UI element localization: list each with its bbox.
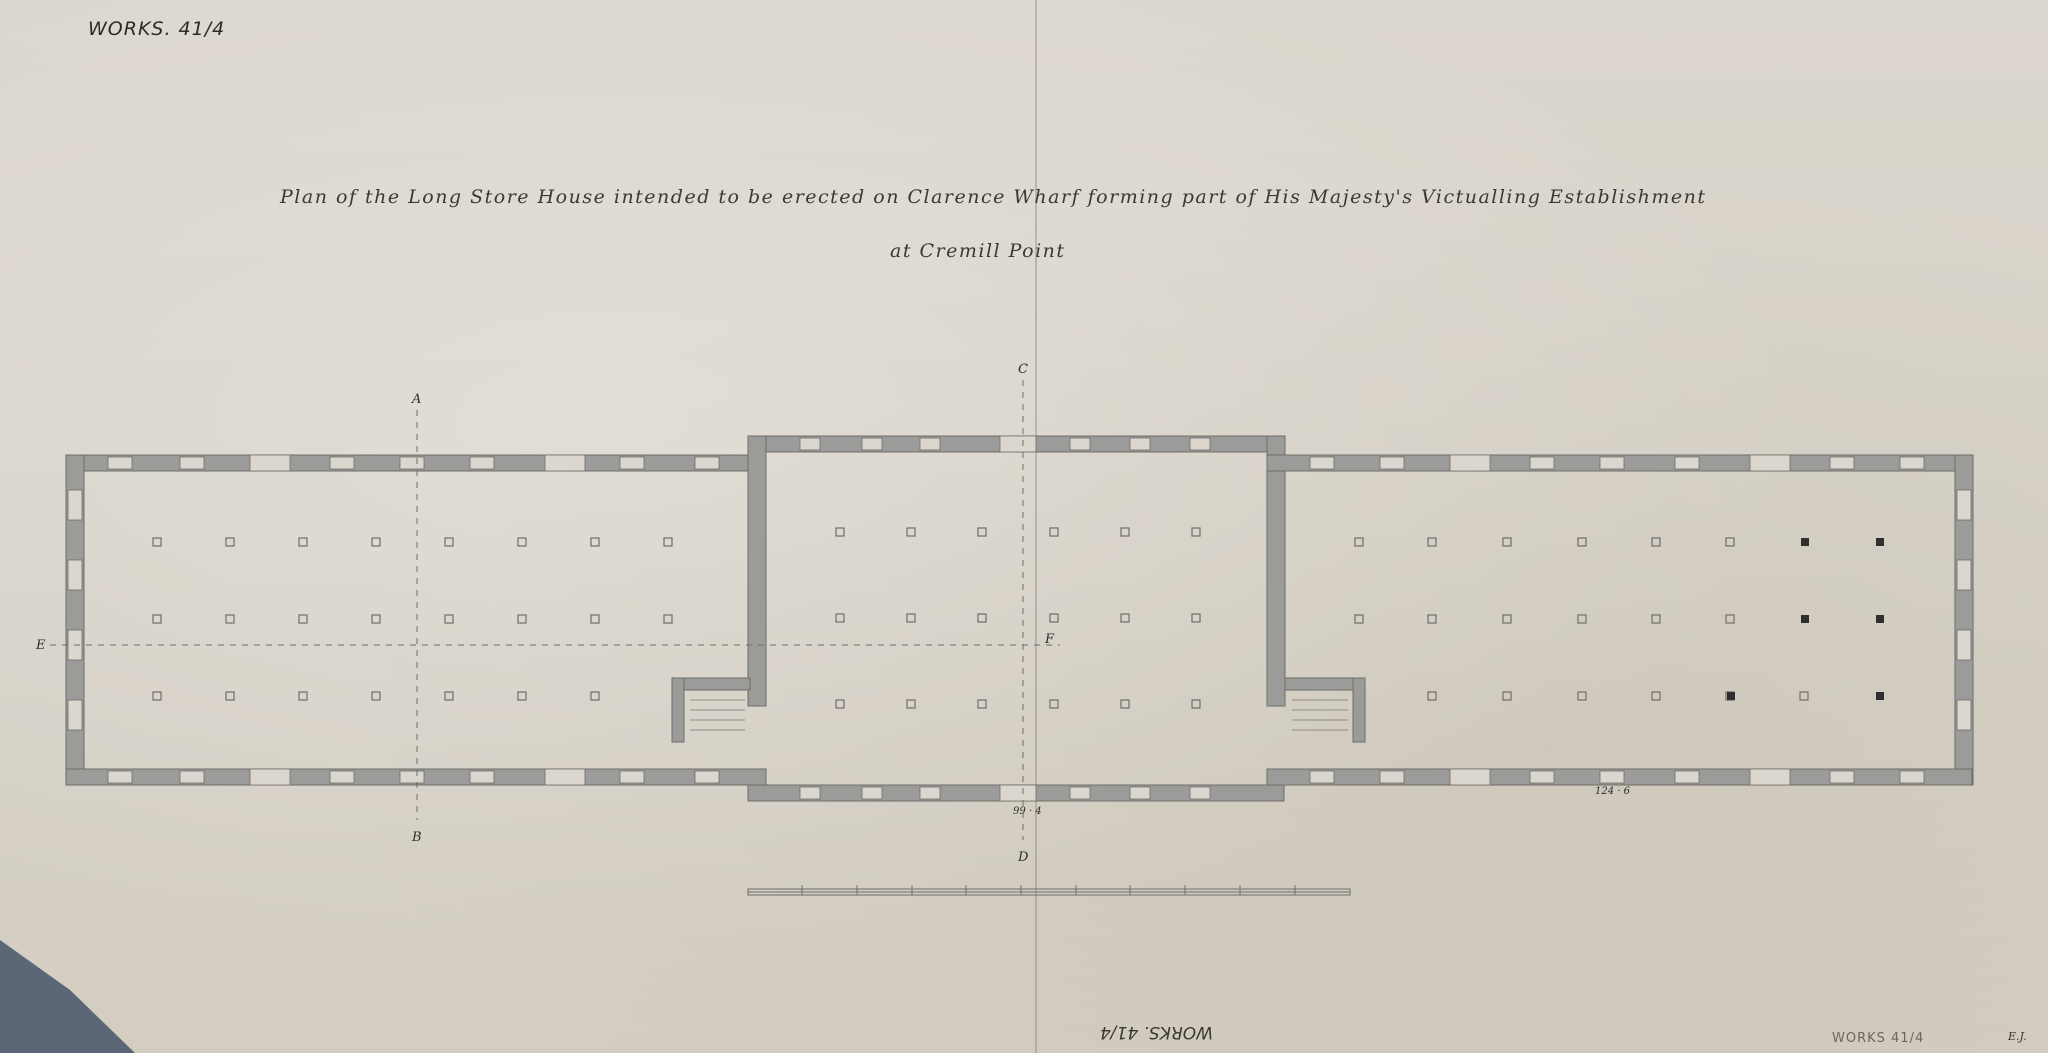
scale-bar	[748, 885, 1350, 895]
dimension-center-depth: 99 · 4	[1013, 806, 1042, 817]
center-east-wall	[1267, 436, 1285, 706]
dimension-right-wing: 124 · 6	[1595, 786, 1630, 797]
section-marker-e: E	[36, 638, 46, 653]
floor-plan	[0, 0, 2048, 1053]
signature-initials: E.J.	[2008, 1030, 2027, 1043]
section-marker-b: B	[412, 830, 422, 845]
center-west-wall	[748, 436, 766, 706]
section-marker-d: D	[1018, 850, 1028, 865]
section-marker-a: A	[412, 392, 421, 407]
section-marker-c: C	[1018, 362, 1028, 377]
archive-reference-bottom: WORKS 41/4	[1832, 1031, 1924, 1046]
section-marker-f: F	[1045, 632, 1054, 647]
archive-reference-inverted: WORKS. 41/4	[1100, 1022, 1213, 1042]
